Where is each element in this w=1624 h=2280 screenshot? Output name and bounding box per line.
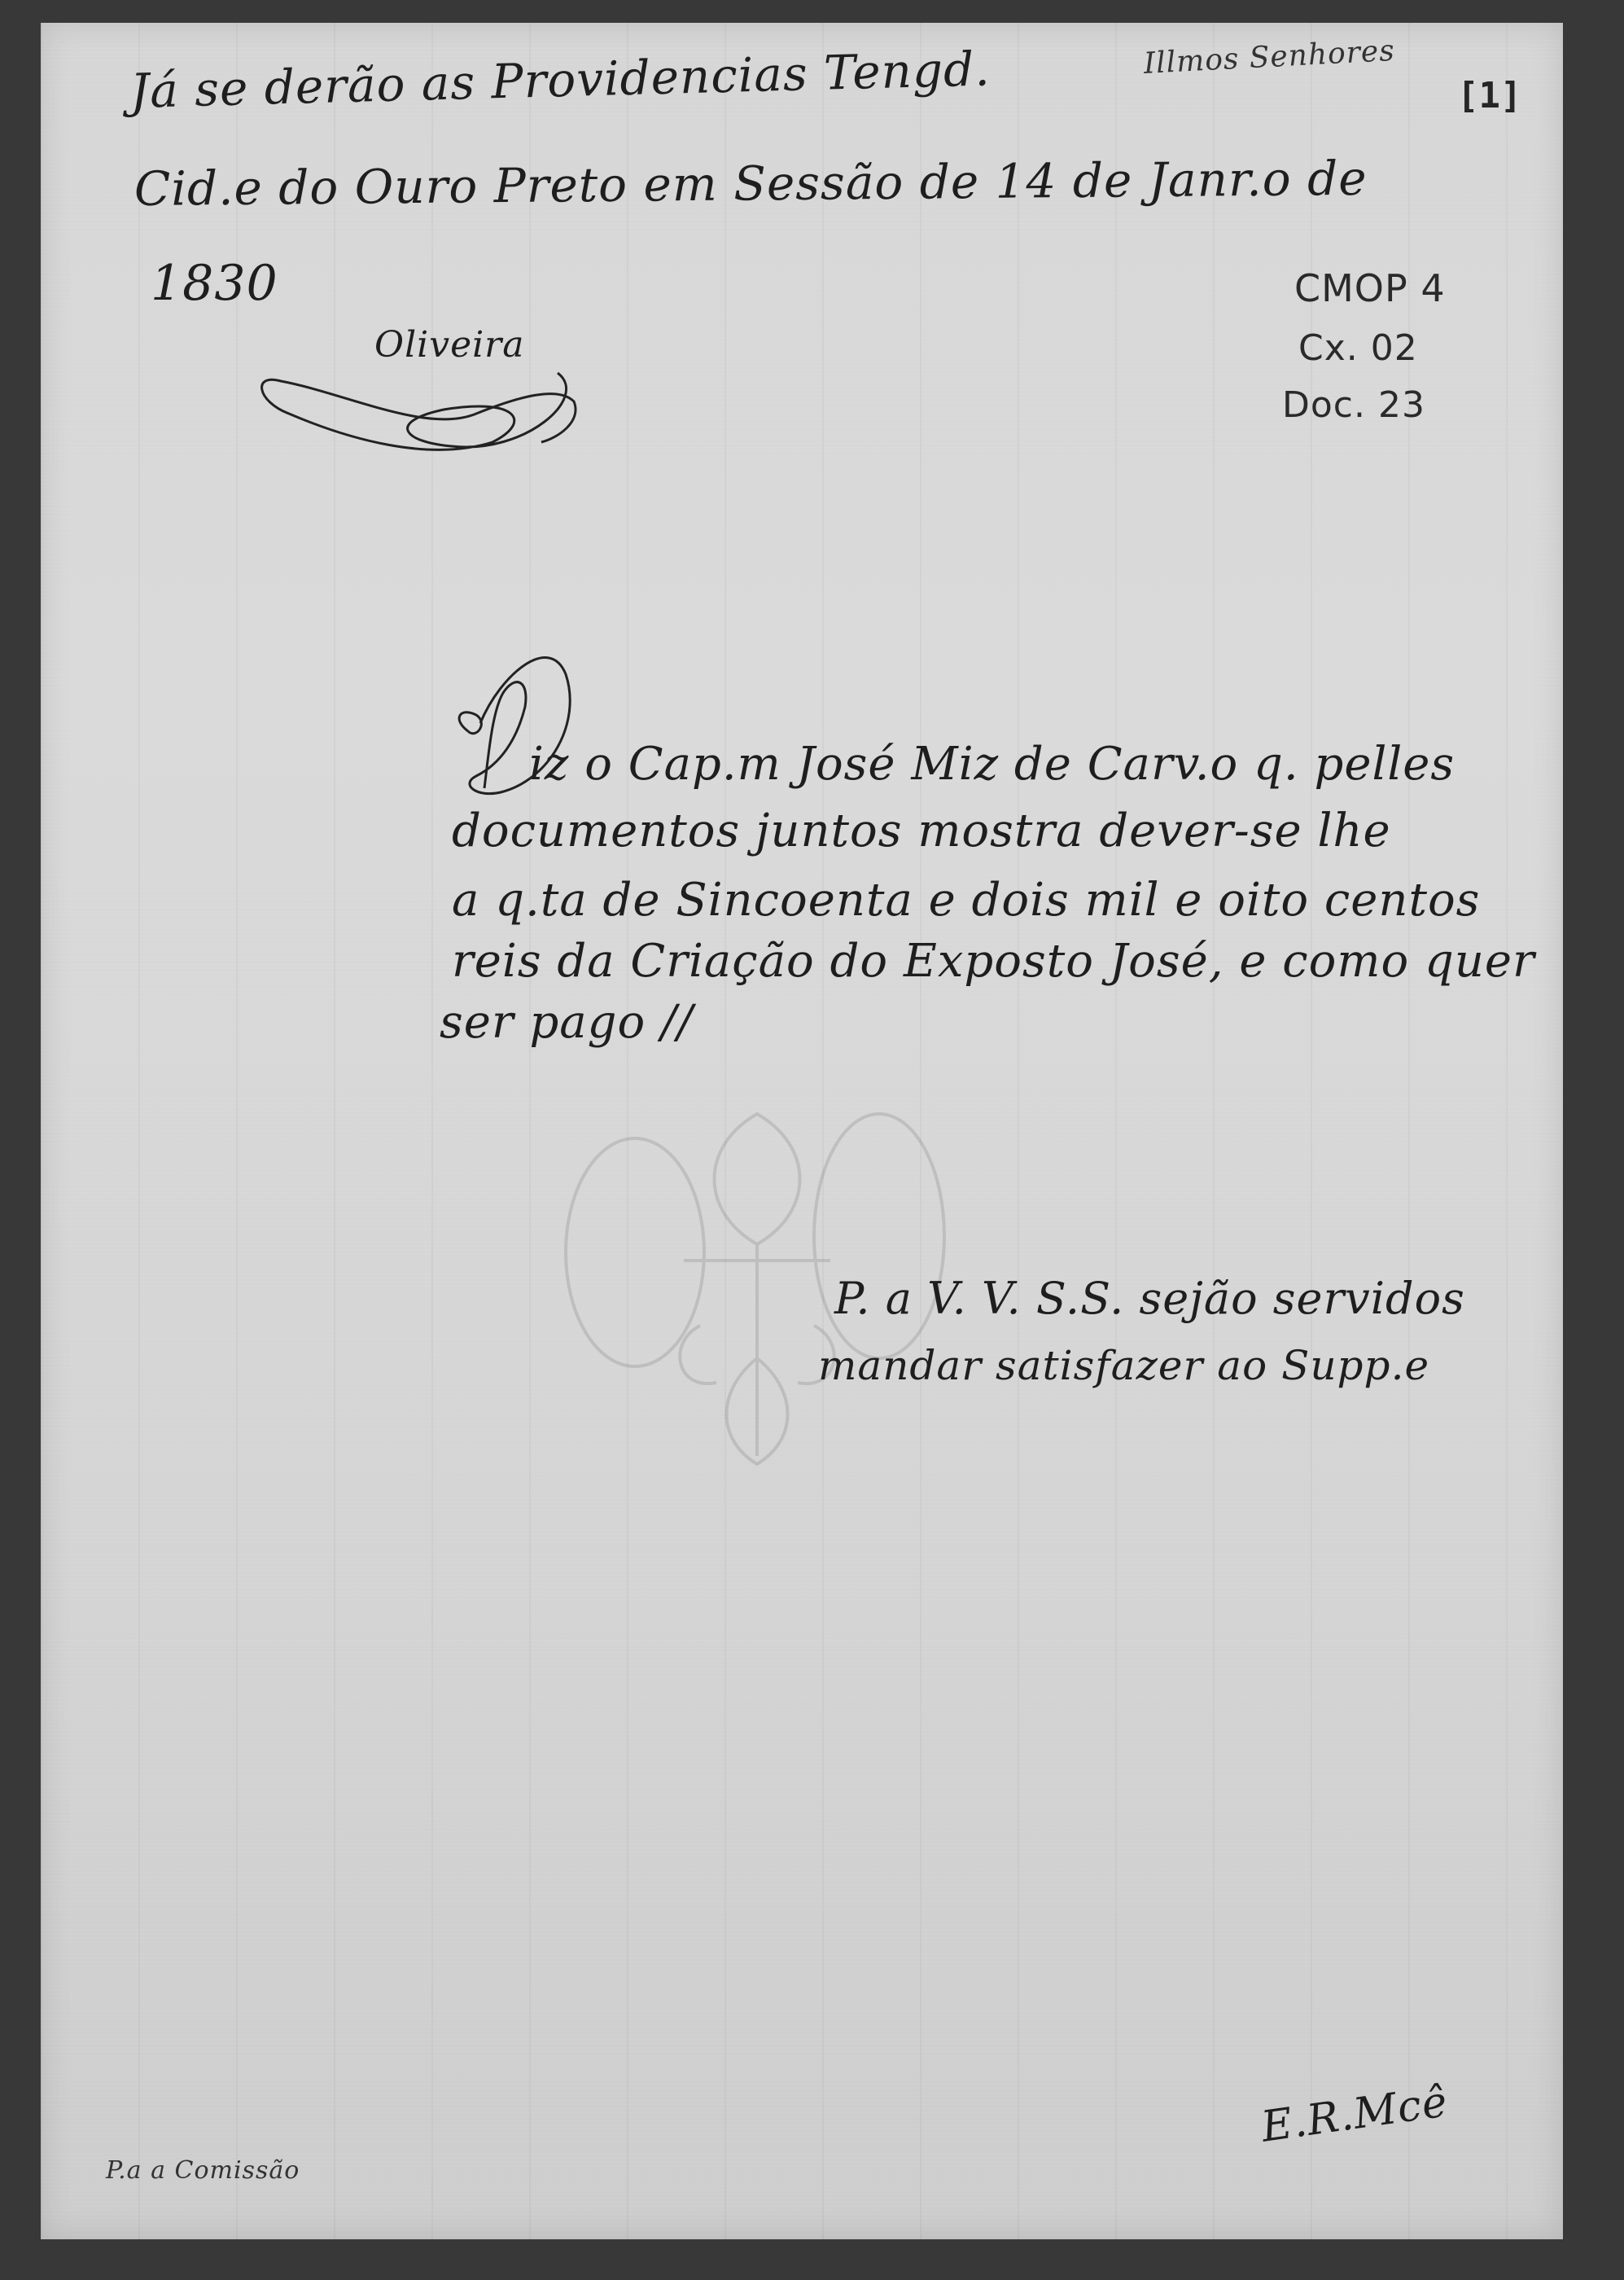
closing-line-2: mandar satisfazer ao Supp.e bbox=[818, 1342, 1429, 1389]
petition-line-1: iz o Cap.m José Miz de Carv.o q. pelles bbox=[529, 738, 1455, 791]
manuscript-page: Já se derão as Providencias Tengd. Illmo… bbox=[41, 23, 1563, 2239]
archive-label-box: Cx. 02 bbox=[1298, 328, 1418, 370]
bottom-left-note: P.a a Comissão bbox=[106, 2156, 300, 2185]
closing-line-1: P. a V. V. S.S. sejão servidos bbox=[834, 1273, 1465, 1324]
watermark-crest-icon bbox=[537, 1049, 977, 1472]
header-line-2: Cid.e do Ouro Preto em Sessão de 14 de J… bbox=[134, 151, 1368, 217]
signature-flourish-icon bbox=[248, 365, 590, 463]
page-marker: [1] bbox=[1457, 75, 1521, 116]
archive-label-doc: Doc. 23 bbox=[1282, 385, 1425, 427]
header-year: 1830 bbox=[151, 255, 278, 312]
petition-line-4: reis da Criação do Exposto José, e como … bbox=[452, 935, 1535, 988]
petition-line-5: ser pago // bbox=[440, 996, 694, 1049]
petition-line-2: documentos juntos mostra dever-se lhe bbox=[452, 805, 1391, 857]
signature-oliveira: Oliveira bbox=[374, 324, 524, 366]
archive-label-fund: CMOP 4 bbox=[1294, 267, 1446, 310]
petition-line-3: a q.ta de Sincoenta e dois mil e oito ce… bbox=[452, 874, 1480, 927]
